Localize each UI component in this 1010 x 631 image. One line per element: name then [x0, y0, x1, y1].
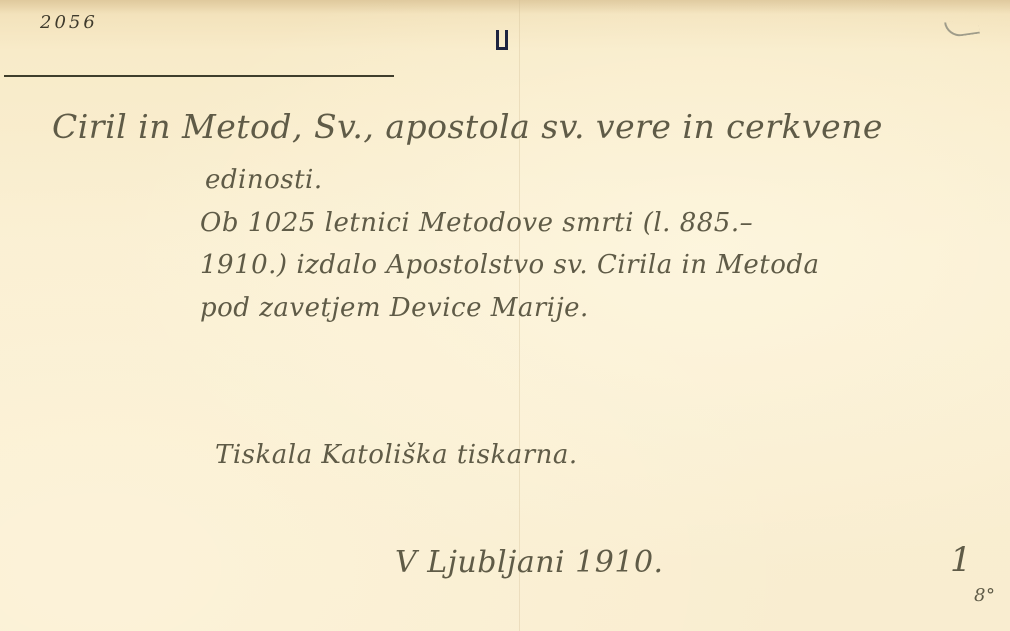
printer-statement: Tiskala Katoliška tiskarna.	[215, 440, 578, 470]
edition-note-line-1: Ob 1025 letnici Metodove smrti (l. 885.–	[200, 208, 753, 238]
edition-note-line-3: pod zavetjem Device Marije.	[200, 293, 589, 323]
main-heading-continued: edinosti.	[205, 165, 323, 195]
volume-count: 1	[950, 540, 972, 580]
edition-note-line-2: 1910.) izdalo Apostolstvo sv. Cirila in …	[200, 250, 820, 280]
imprint-place-date: V Ljubljani 1910.	[395, 545, 664, 580]
main-heading: Ciril in Metod, Sv., apostola sv. vere i…	[52, 107, 883, 146]
check-mark-icon	[944, 18, 980, 39]
heading-divider	[4, 75, 394, 77]
card-number: 2056	[40, 12, 98, 33]
classmark-bracket-icon	[496, 30, 508, 50]
catalog-card: 2056 Ciril in Metod, Sv., apostola sv. v…	[0, 0, 1010, 631]
book-format: 8°	[974, 585, 995, 606]
